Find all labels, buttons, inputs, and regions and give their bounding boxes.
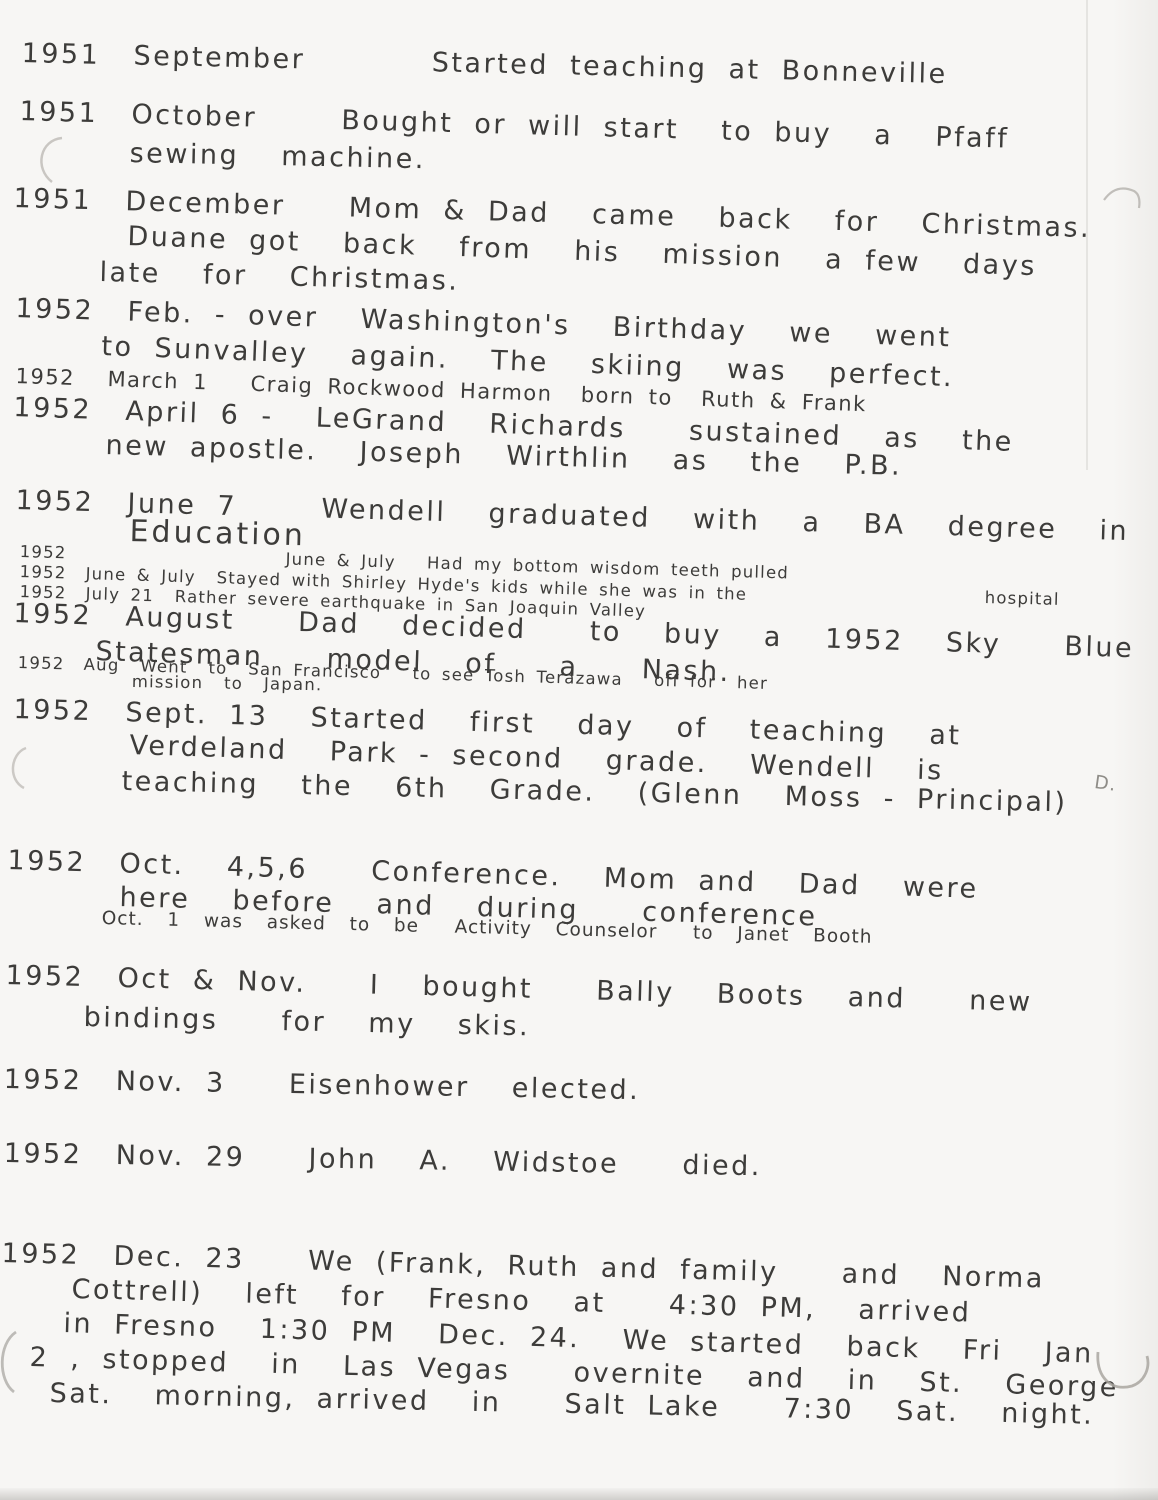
entry-text: hospital bbox=[985, 588, 1060, 609]
paper-curl-mark bbox=[13, 748, 26, 788]
year-label: 1952 bbox=[15, 293, 128, 328]
year-label: 1951 bbox=[19, 96, 132, 130]
year-label: 1952 bbox=[17, 653, 84, 674]
year-label: 1952 bbox=[7, 845, 120, 879]
year-label: 1952 bbox=[19, 562, 86, 583]
year-label: 1952 bbox=[1, 1238, 114, 1272]
entry-text: late for Christmas. bbox=[99, 257, 460, 297]
journal-line: 1952Nov. 3 Eisenhower elected. bbox=[3, 1064, 640, 1106]
year-label: 1952 bbox=[5, 960, 118, 994]
year-label: 1952 bbox=[13, 392, 126, 427]
year-label: 1951 bbox=[21, 38, 134, 72]
paper-curl-mark bbox=[41, 138, 62, 182]
scan-bottom-edge bbox=[0, 1488, 1158, 1500]
year-label: 1952 bbox=[19, 542, 86, 563]
year-label: 1952 bbox=[3, 1064, 116, 1097]
year-label: 1952 bbox=[15, 364, 108, 391]
journal-line: 1952Nov. 29 John A. Widstoe died. bbox=[3, 1138, 762, 1182]
entry-text: bindings for my skis. bbox=[83, 1002, 530, 1042]
year-label: 1952 bbox=[13, 694, 126, 728]
entry-text: Nov. 29 John A. Widstoe died. bbox=[115, 1140, 762, 1182]
year-label: 1952 bbox=[15, 485, 128, 519]
year-label: 1952 bbox=[13, 598, 126, 633]
margin-pencil-mark: D. bbox=[1093, 772, 1118, 796]
entry-text: D. bbox=[1093, 772, 1118, 796]
scan-edge-shading bbox=[1112, 0, 1158, 1500]
entry-text: sewing machine. bbox=[129, 138, 426, 175]
journal-line: mission to Japan. bbox=[132, 672, 323, 694]
entry-text: mission to Japan. bbox=[132, 672, 323, 694]
paper-curl-mark bbox=[2, 1332, 16, 1392]
paper-curl-mark bbox=[1104, 188, 1139, 208]
journal-page: 1951September Started teaching at Bonnev… bbox=[0, 0, 1158, 1500]
journal-line: hospital bbox=[985, 588, 1060, 609]
entry-text: Nov. 3 Eisenhower elected. bbox=[115, 1066, 640, 1106]
year-label: 1951 bbox=[13, 183, 126, 217]
year-label: 1952 bbox=[3, 1138, 116, 1171]
journal-line: 1951September Started teaching at Bonnev… bbox=[21, 38, 948, 90]
journal-line: bindings for my skis. bbox=[83, 1002, 530, 1042]
journal-line: sewing machine. bbox=[129, 138, 426, 175]
entry-text: September Started teaching at Bonneville bbox=[133, 41, 948, 90]
journal-line: late for Christmas. bbox=[99, 257, 460, 297]
